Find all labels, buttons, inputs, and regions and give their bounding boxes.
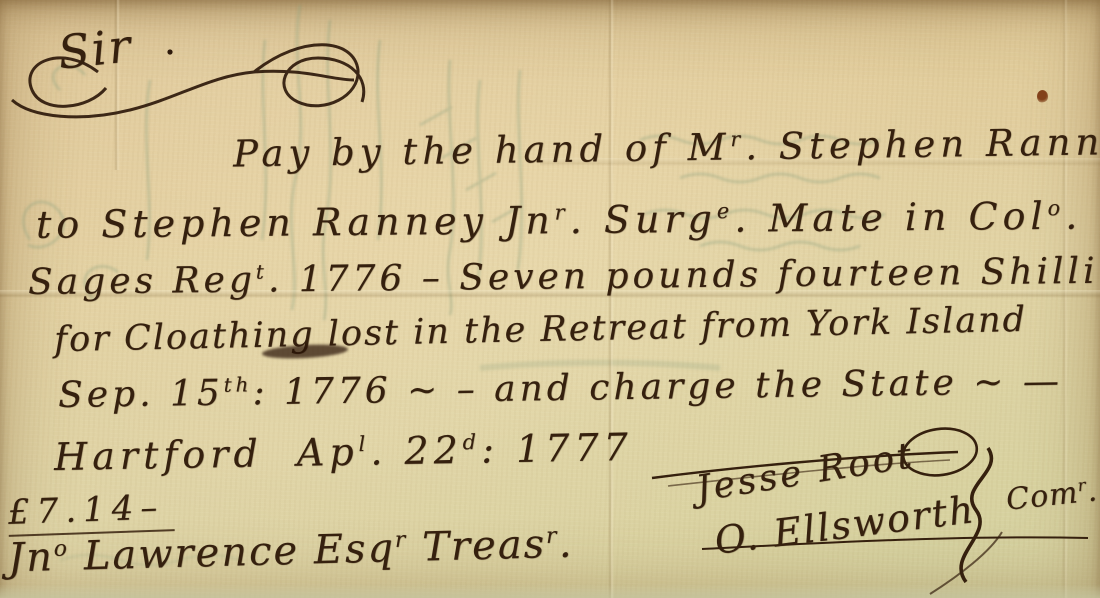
body-line-cloathing: for Cloathing lost in the Retreat from Y…	[54, 300, 1028, 360]
body-line-to: to Stephen Ranney Jnr. Surge. Mate in Co…	[36, 193, 1100, 246]
committee-abbreviation: Comr.	[1004, 473, 1099, 517]
document-scan: Sir Pay by the hand of Mr. Stephen Ranne…	[0, 0, 1100, 598]
body-line-charge-state: Sep. 15th: 1776 ~ – and charge the State…	[58, 361, 1063, 416]
salutation: Sir	[55, 18, 134, 79]
fox-spot	[1037, 90, 1048, 103]
body-line-regiment-amount: Sages Regt. 1776 – Seven pounds fourteen…	[28, 250, 1100, 303]
amount: £7.14–	[7, 487, 175, 537]
dateline: Hartford Apl. 22d: 1777	[54, 425, 633, 479]
body-line-pay: Pay by the hand of Mr. Stephen Ranney	[233, 120, 1100, 176]
paper-crease-vertical	[608, 0, 614, 598]
scan-edge-shadow	[0, 584, 1100, 598]
